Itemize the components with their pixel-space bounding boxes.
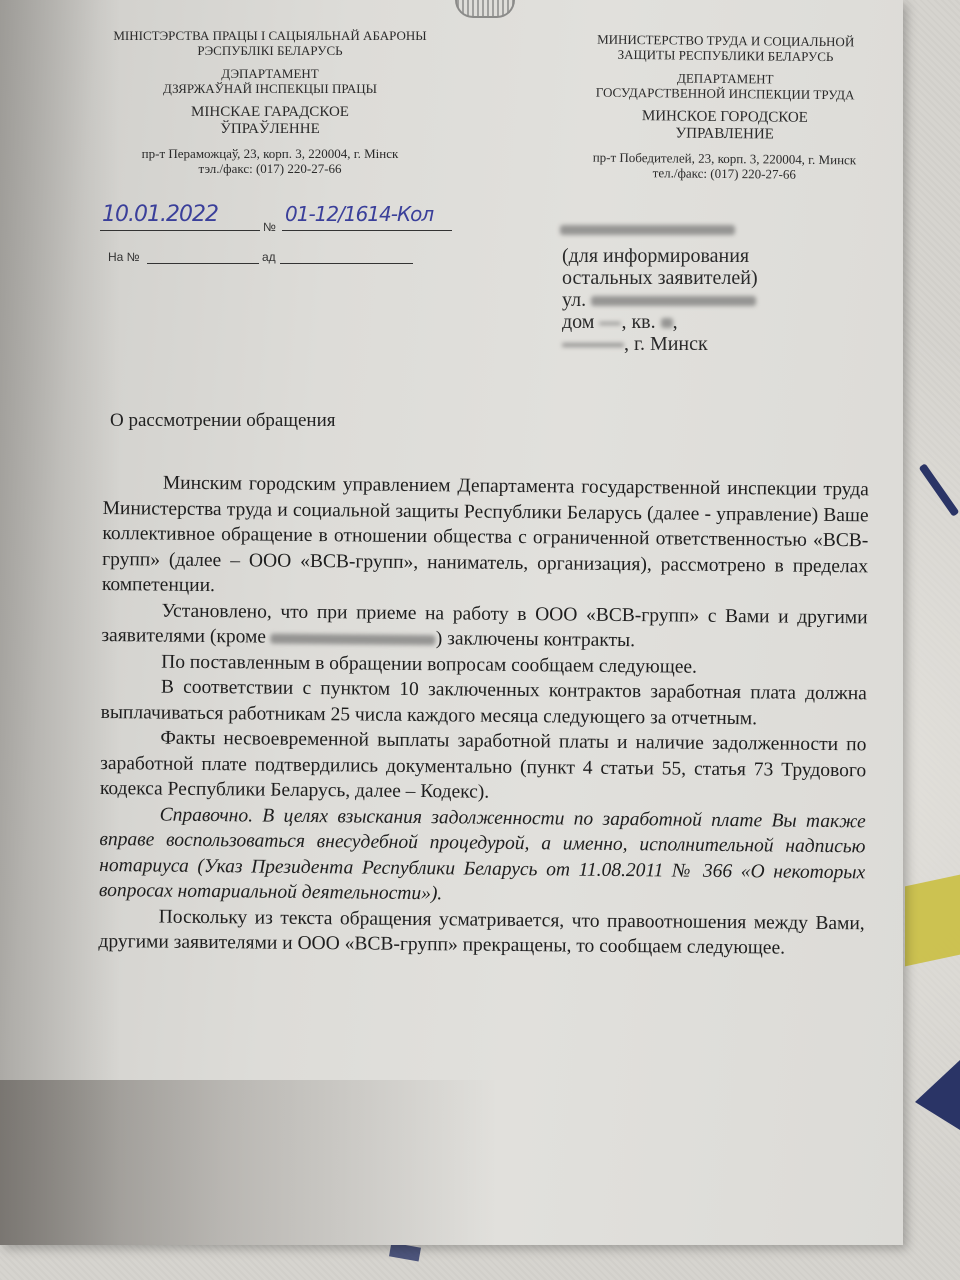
- paragraph-5: Факты несвоевременной выплаты заработной…: [100, 725, 867, 809]
- letter-subject: О рассмотрении обращения: [110, 410, 336, 432]
- paper-shadow-bottom: [0, 1080, 903, 1245]
- paragraph-7: Поскольку из текста обращения усматривае…: [98, 903, 864, 961]
- date-underline: [100, 230, 260, 231]
- office-name-ru: МИНСКОЕ ГОРОДСКОЕ УПРАВЛЕНИЕ: [560, 107, 890, 144]
- registration-block: 10.01.2022 № 01-12/1614-Кол: [100, 200, 460, 240]
- recipient-address: (для информирования остальных заявителей…: [562, 245, 822, 355]
- phone-by: тэл./факс: (017) 220-27-66: [100, 161, 440, 176]
- paragraph-2: Установлено, что при приеме на работу в …: [101, 597, 867, 655]
- redacted-house: [599, 322, 621, 325]
- office-name-by: МІНСКАЕ ГАРАДСКОЕ ЎПРАЎЛЕННЕ: [100, 104, 440, 138]
- letterhead-belarusian: МІНІСТЭРСТВА ПРАЦЫ І САЦЫЯЛЬНАЙ АБАРОНЫ …: [100, 28, 440, 176]
- department-name-by: ДЭПАРТАМЕНТ ДЗЯРЖАЎНАЙ ІНСПЕКЦЫІ ПРАЦЫ: [100, 66, 440, 96]
- house-line: дом , кв. ,: [562, 311, 822, 333]
- reply-to-underline: [147, 263, 259, 264]
- department-name-ru: ДЕПАРТАМЕНТ ГОСУДАРСТВЕННОЙ ИНСПЕКЦИИ ТР…: [560, 69, 890, 102]
- redacted-street: [591, 296, 756, 306]
- letterhead-russian: МИНИСТЕРСТВО ТРУДА И СОЦИАЛЬНОЙ ЗАЩИТЫ Р…: [559, 31, 891, 182]
- ministry-name-ru: МИНИСТЕРСТВО ТРУДА И СОЦИАЛЬНОЙ ЗАЩИТЫ Р…: [560, 31, 890, 64]
- street-line: ул.: [562, 289, 822, 311]
- number-underline: [282, 230, 452, 231]
- paragraph-reference-note: Справочно. В целях взыскания задолженнос…: [99, 801, 866, 910]
- reply-to-label: На №: [108, 250, 140, 264]
- handwritten-number: 01-12/1614-Кол: [285, 202, 433, 226]
- paragraph-1: Минским городским управлением Департамен…: [102, 470, 869, 605]
- address-by: пр-т Пераможцаў, 23, корп. 3, 220004, г.…: [100, 146, 440, 161]
- redacted-recipient-name: [560, 225, 735, 235]
- redacted-postcode: [562, 343, 624, 347]
- redacted-excluded-names: [271, 633, 436, 645]
- reply-from-underline: [280, 263, 413, 264]
- ministry-name-by: МІНІСТЭРСТВА ПРАЦЫ І САЦЫЯЛЬНАЙ АБАРОНЫ …: [100, 28, 440, 58]
- reply-from-label: ад: [262, 250, 276, 264]
- fabric-pattern-yellow: [905, 874, 960, 967]
- number-label: №: [263, 220, 276, 234]
- handwritten-date: 10.01.2022: [102, 202, 218, 227]
- letter-body: Минским городским управлением Департамен…: [98, 470, 869, 962]
- letter-sheet: МІНІСТЭРСТВА ПРАЦЫ І САЦЫЯЛЬНАЙ АБАРОНЫ …: [0, 0, 903, 1245]
- paragraph-4: В соответствии с пунктом 10 заключенных …: [101, 674, 867, 732]
- state-emblem-icon: [455, 0, 515, 18]
- city-line: , г. Минск: [562, 333, 822, 355]
- redacted-apartment: [661, 318, 673, 328]
